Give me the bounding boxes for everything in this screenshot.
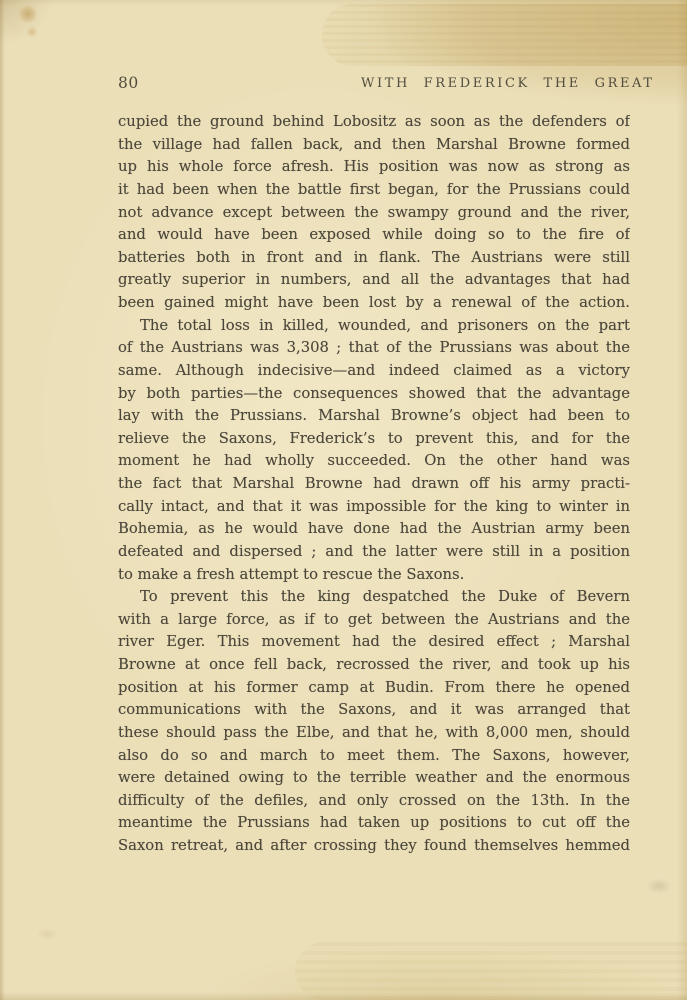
text-line: same. Although indecisive—and indeed cla… xyxy=(118,360,630,383)
body-text: cupied the ground behind Lobositz as soo… xyxy=(118,111,630,858)
text-line: defeated and dispersed ; and the latter … xyxy=(118,541,630,564)
text-line: it had been when the battle first began,… xyxy=(118,179,630,202)
text-line: greatly superior in numbers, and all the… xyxy=(118,269,630,292)
text-line: Bohemia, as he would have done had the A… xyxy=(118,518,630,541)
book-page: 80 WITH FREDERICK THE GREAT cupied the g… xyxy=(0,0,687,1000)
page-curl-shading-top xyxy=(322,4,687,66)
text-line: up his whole force afresh. His position … xyxy=(118,156,630,179)
paragraph: The total loss in killed, wounded, and p… xyxy=(118,315,630,587)
page-curl-shading-bottom xyxy=(295,942,687,1000)
text-line: meantime the Prussians had taken up posi… xyxy=(118,812,630,835)
text-line: of the Austrians was 3,308 ; that of the… xyxy=(118,337,630,360)
text-line: position at his former camp at Budin. Fr… xyxy=(118,677,630,700)
page-number: 80 xyxy=(118,74,139,92)
text-line: been gained might have been lost by a re… xyxy=(118,292,630,315)
text-line: cupied the ground behind Lobositz as soo… xyxy=(118,111,630,134)
paragraph: cupied the ground behind Lobositz as soo… xyxy=(118,111,630,315)
text-line: also do so and march to meet them. The S… xyxy=(118,745,630,768)
paragraph: To prevent this the king despatched the … xyxy=(118,586,630,858)
text-line: river Eger. This movement had the desire… xyxy=(118,631,630,654)
text-line: the fact that Marshal Browne had drawn o… xyxy=(118,473,630,496)
text-line: Browne at once fell back, recrossed the … xyxy=(118,654,630,677)
text-line: by both parties—the consequences showed … xyxy=(118,383,630,406)
text-line: Saxon retreat, and after crossing they f… xyxy=(118,835,630,858)
running-head: 80 WITH FREDERICK THE GREAT xyxy=(118,74,630,94)
paper-stain xyxy=(19,5,37,23)
text-line: relieve the Saxons, Frederick’s to preve… xyxy=(118,428,630,451)
text-line: lay with the Prussians. Marshal Browne’s… xyxy=(118,405,630,428)
text-line: with a large force, as if to get between… xyxy=(118,609,630,632)
paper-stain xyxy=(26,26,38,38)
text-line: The total loss in killed, wounded, and p… xyxy=(118,315,630,338)
text-line: To prevent this the king despatched the … xyxy=(118,586,630,609)
text-line: these should pass the Elbe, and that he,… xyxy=(118,722,630,745)
text-line: batteries both in front and in flank. Th… xyxy=(118,247,630,270)
text-line: moment he had wholly succeeded. On the o… xyxy=(118,450,630,473)
text-line: communications with the Saxons, and it w… xyxy=(118,699,630,722)
text-line: and would have been exposed while doing … xyxy=(118,224,630,247)
text-line: were detained owing to the terrible weat… xyxy=(118,767,630,790)
text-line: difficulty of the defiles, and only cros… xyxy=(118,790,630,813)
paper-smudge xyxy=(36,928,58,940)
text-line: not advance except between the swampy gr… xyxy=(118,202,630,225)
text-line: cally intact, and that it was impossible… xyxy=(118,496,630,519)
text-line: the village had fallen back, and then Ma… xyxy=(118,134,630,157)
text-line: to make a fresh attempt to rescue the Sa… xyxy=(118,564,630,587)
paper-smudge xyxy=(646,878,672,894)
running-title: WITH FREDERICK THE GREAT xyxy=(361,76,655,91)
